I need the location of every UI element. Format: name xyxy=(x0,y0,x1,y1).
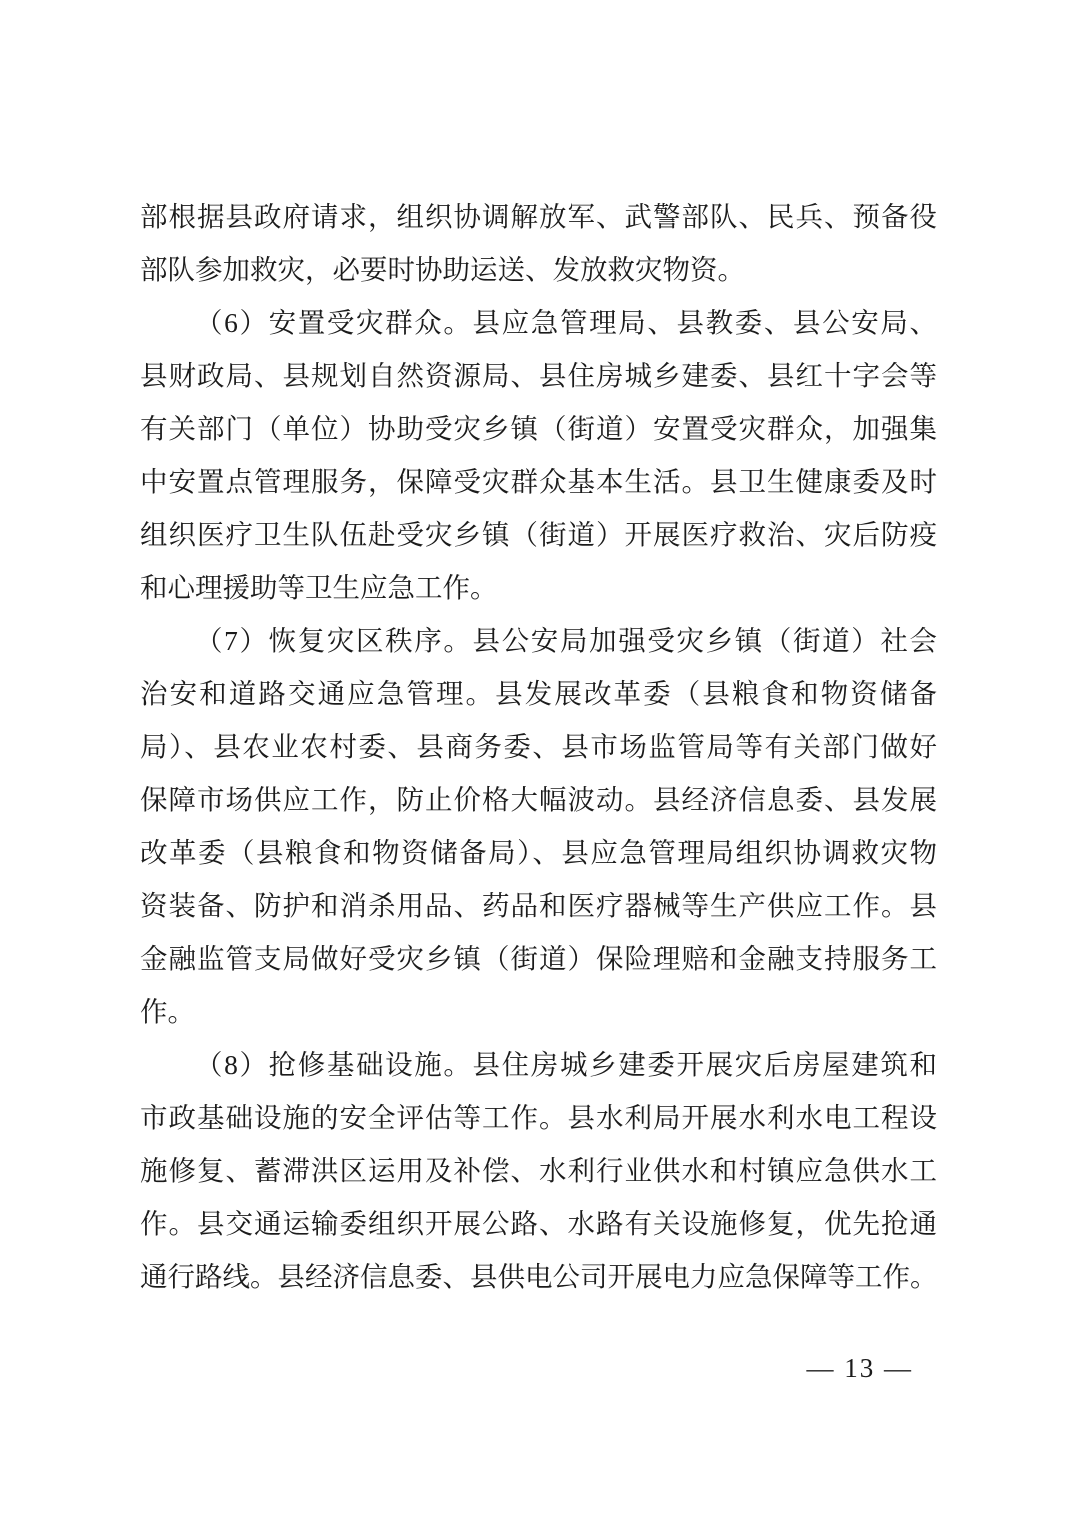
paragraph: 部根据县政府请求，组织协调解放军、武警部队、民兵、预备役部队参加救灾，必要时协助… xyxy=(140,190,937,296)
text-line: 市政基础设施的安全评估等工作。县水利局开展水利水电工程设 xyxy=(140,1091,937,1144)
text-line: 治安和道路交通应急管理。县发展改革委（县粮食和物资储备 xyxy=(140,667,937,720)
paragraph: （8）抢修基础设施。县住房城乡建委开展灾后房屋建筑和市政基础设施的安全评估等工作… xyxy=(140,1038,937,1303)
text-line: 组织医疗卫生队伍赴受灾乡镇（街道）开展医疗救治、灾后防疫 xyxy=(140,508,937,561)
text-line: 通行路线。县经济信息委、县供电公司开展电力应急保障等工作。 xyxy=(140,1250,937,1303)
text-line: （7）恢复灾区秩序。县公安局加强受灾乡镇（街道）社会 xyxy=(140,614,937,667)
text-line: 作。 xyxy=(140,985,937,1038)
text-line: 资装备、防护和消杀用品、药品和医疗器械等生产供应工作。县 xyxy=(140,879,937,932)
text-line: （8）抢修基础设施。县住房城乡建委开展灾后房屋建筑和 xyxy=(140,1038,937,1091)
text-line: 局）、县农业农村委、县商务委、县市场监管局等有关部门做好 xyxy=(140,720,937,773)
paragraph: （7）恢复灾区秩序。县公安局加强受灾乡镇（街道）社会治安和道路交通应急管理。县发… xyxy=(140,614,937,1038)
text-line: 施修复、蓄滞洪区运用及补偿、水利行业供水和村镇应急供水工 xyxy=(140,1144,937,1197)
text-line: 和心理援助等卫生应急工作。 xyxy=(140,561,937,614)
document-page: 部根据县政府请求，组织协调解放军、武警部队、民兵、预备役部队参加救灾，必要时协助… xyxy=(0,0,1074,1520)
text-line: 部队参加救灾，必要时协助运送、发放救灾物资。 xyxy=(140,243,937,296)
page-number: — 13 — xyxy=(807,1348,914,1388)
text-line: 县财政局、县规划自然资源局、县住房城乡建委、县红十字会等 xyxy=(140,349,937,402)
text-line: 保障市场供应工作，防止价格大幅波动。县经济信息委、县发展 xyxy=(140,773,937,826)
text-line: 有关部门（单位）协助受灾乡镇（街道）安置受灾群众，加强集 xyxy=(140,402,937,455)
text-line: 作。县交通运输委组织开展公路、水路有关设施修复，优先抢通 xyxy=(140,1197,937,1250)
text-line: （6）安置受灾群众。县应急管理局、县教委、县公安局、 xyxy=(140,296,937,349)
paragraph: （6）安置受灾群众。县应急管理局、县教委、县公安局、县财政局、县规划自然资源局、… xyxy=(140,296,937,614)
text-line: 金融监管支局做好受灾乡镇（街道）保险理赔和金融支持服务工 xyxy=(140,932,937,985)
document-body: 部根据县政府请求，组织协调解放军、武警部队、民兵、预备役部队参加救灾，必要时协助… xyxy=(140,190,937,1303)
text-line: 中安置点管理服务，保障受灾群众基本生活。县卫生健康委及时 xyxy=(140,455,937,508)
text-line: 部根据县政府请求，组织协调解放军、武警部队、民兵、预备役 xyxy=(140,190,937,243)
text-line: 改革委（县粮食和物资储备局）、县应急管理局组织协调救灾物 xyxy=(140,826,937,879)
